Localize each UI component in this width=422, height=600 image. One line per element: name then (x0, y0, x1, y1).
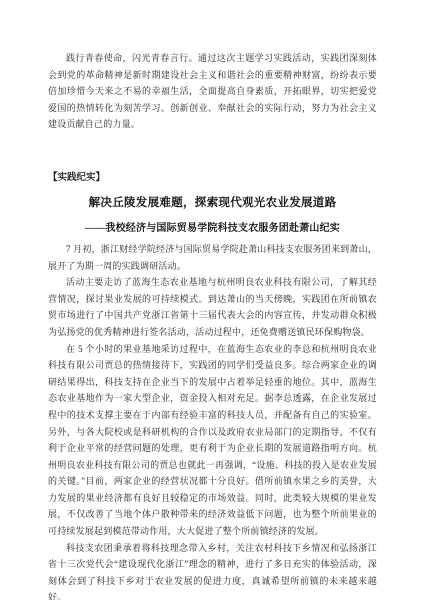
document-page: 践行青春使命，闪光青春言行。通过这次主题学习实践活动，实践团深刻体会到党的革命精… (0, 0, 422, 600)
article-title: 解决丘陵发展难题，探索现代观光农业发展道路 (48, 194, 377, 210)
article-paragraph: 活动主要走访了蓝海生态农业基地与杭州明良农业科技有限公司，了解其经营情况，探讨果… (48, 274, 377, 340)
article-paragraph: 7 月初，浙江财经学院经济与国际贸易学院赴萧山科技支农服务团来到萧山，展开了为期… (48, 241, 377, 274)
article-paragraph: 在 5 个小时的果业基地采访过程中，在蓝海生态农业的李总和杭州明良农业科技有限公… (48, 341, 377, 540)
section-label: 【实践纪实】 (48, 169, 377, 183)
article-paragraph: 科技支农团秉承着将科技理念带入乡村，关注农村科技下乡情况和弘扬浙江省十三次党代会… (48, 540, 377, 600)
intro-paragraph: 践行青春使命，闪光青春言行。通过这次主题学习实践活动，实践团深刻体会到党的革命精… (48, 50, 377, 133)
article-subtitle: ——我校经济与国际贸易学院科技支农服务团赴萧山纪实 (48, 219, 377, 234)
